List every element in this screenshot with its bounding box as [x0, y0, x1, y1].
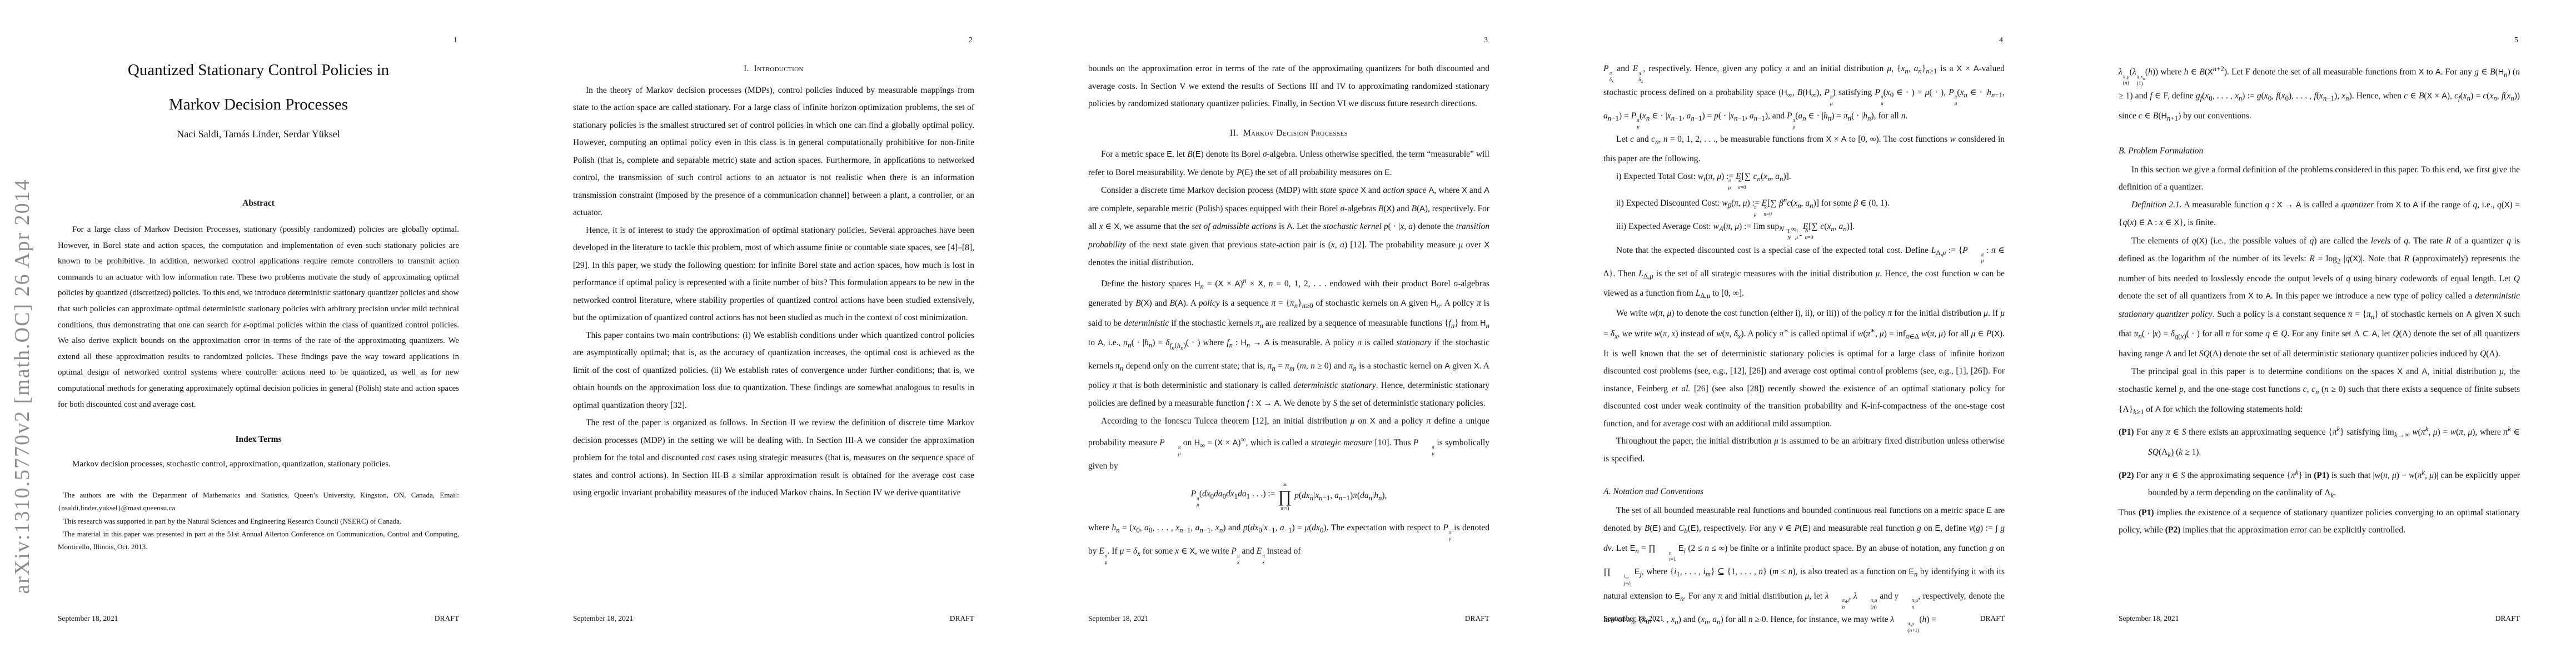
paper-sheet: 1 arXiv:1310.5770v2 [math.OC] 26 Apr 201…: [0, 0, 2576, 667]
page-number: 1: [454, 37, 457, 44]
product-lower-limit: n=0: [1280, 505, 1289, 512]
statement-p1: (P1) For any π ∈ S there exists an appro…: [2119, 420, 2520, 463]
footnote-funding: This research was supported in part by t…: [58, 515, 459, 527]
page-2: 2 I. Introduction In the theory of Marko…: [515, 0, 1030, 667]
paragraph: Define the history spaces Hn = (X × A)n …: [1088, 272, 1489, 413]
paragraph: According to the Ionescu Tulcea theorem …: [1088, 412, 1489, 475]
page-footer: September 18, 2021 DRAFT: [573, 615, 974, 623]
paragraph: Thus (P1) implies the existence of a seq…: [2119, 504, 2520, 539]
list-item-discounted-cost: ii) Expected Discounted Cost: wβ(π, μ) :…: [1603, 191, 2005, 218]
text-column: bounds on the approximation error in ter…: [1088, 60, 1489, 566]
product-operator: ∞ ∏ n=0: [1278, 481, 1292, 512]
page-footer: September 18, 2021 DRAFT: [1603, 615, 2005, 623]
index-terms-heading: Index Terms: [58, 435, 459, 445]
page-number: 5: [2514, 37, 2518, 44]
equation-lhs: Pπμ(dx0da0dx1da1 . . .) :=: [1191, 485, 1275, 509]
footer-draft-label: DRAFT: [1980, 615, 2005, 623]
paragraph: Hence, it is of interest to study the ap…: [573, 222, 974, 327]
page-3: 3 bounds on the approximation error in t…: [1030, 0, 1546, 667]
paragraph: Consider a discrete time Markov decision…: [1088, 182, 1489, 272]
definition-paragraph: Definition 2.1. A measurable function q …: [2119, 196, 2520, 232]
footer-date: September 18, 2021: [2119, 615, 2179, 623]
display-equation-strategic-measure: Pπμ(dx0da0dx1da1 . . .) := ∞ ∏ n=0 p(dxn…: [1088, 475, 1489, 519]
footer-draft-label: DRAFT: [950, 615, 974, 623]
page-number: 4: [1999, 37, 2003, 44]
section-heading-mdp: II. Markov Decision Processes: [1088, 125, 1489, 142]
footnote-conference: The material in this paper was presented…: [58, 527, 459, 554]
statement-p2: (P2) For any π ∈ S the approximating seq…: [2119, 464, 2520, 504]
text-column: λπ,μ(n)(λπ,xn(1)(h)) where h ∈ B(Xn+2). …: [2119, 60, 2520, 539]
paragraph: Pπδx and Eπδx, respectively. Hence, give…: [1603, 60, 2005, 131]
paragraph: bounds on the approximation error in ter…: [1088, 60, 1489, 113]
footer-draft-label: DRAFT: [1465, 615, 1489, 623]
paragraph: λπ,μ(n)(λπ,xn(1)(h)) where h ∈ B(Xn+2). …: [2119, 60, 2520, 127]
footer-date: September 18, 2021: [1088, 615, 1148, 623]
subsection-heading-notation: A. Notation and Conventions: [1603, 483, 2005, 501]
index-terms-text: Markov decision processes, stochastic co…: [58, 457, 459, 471]
paragraph: Note that the expected discounted cost i…: [1603, 242, 2005, 305]
footnotes: The authors are with the Department of M…: [58, 489, 459, 553]
paper-title: Quantized Stationary Control Policies in…: [58, 53, 459, 122]
page-footer: September 18, 2021 DRAFT: [2119, 615, 2520, 623]
paragraph: The rest of the paper is organized as fo…: [573, 414, 974, 502]
page-number: 2: [969, 37, 973, 44]
list-item-total-cost: i) Expected Total Cost: wt(π, μ) := Eπμ[…: [1603, 168, 2005, 191]
paragraph: The elements of q(X) (i.e., the possible…: [2119, 232, 2520, 363]
page-1: 1 arXiv:1310.5770v2 [math.OC] 26 Apr 201…: [0, 0, 515, 667]
paragraph: This paper contains two main contributio…: [573, 327, 974, 415]
text-column: I. Introduction In the theory of Markov …: [573, 60, 974, 502]
section-heading-introduction: I. Introduction: [573, 60, 974, 78]
text-column: Pπδx and Eπδx, respectively. Hence, give…: [1603, 60, 2005, 634]
footer-date: September 18, 2021: [1603, 615, 1663, 623]
paragraph: Let c and cn, n = 0, 1, 2, . . ., be mea…: [1603, 131, 2005, 168]
paragraph: where hn = (x0, a0, . . . , xn−1, an−1, …: [1088, 519, 1489, 566]
page-number: 3: [1484, 37, 1488, 44]
paragraph: In this section we give a formal definit…: [2119, 161, 2520, 196]
abstract-text: For a large class of Markov Decision Pro…: [58, 222, 459, 412]
arxiv-watermark: arXiv:1310.5770v2 [math.OC] 26 Apr 2014: [10, 178, 34, 594]
footer-date: September 18, 2021: [58, 615, 118, 623]
list-item-average-cost: iii) Expected Average Cost: wA(π, μ) := …: [1603, 218, 2005, 242]
paragraph: The principal goal in this paper is to d…: [2119, 363, 2520, 421]
paragraph: We write w(π, μ) to denote the cost func…: [1603, 305, 2005, 433]
subsection-heading-problem-formulation: B. Problem Formulation: [2119, 142, 2520, 160]
footer-date: September 18, 2021: [573, 615, 633, 623]
paragraph: For a metric space E, let B(E) denote it…: [1088, 146, 1489, 182]
authors: Naci Saldi, Tamás Linder, Serdar Yüksel: [58, 128, 459, 141]
product-symbol: ∏: [1278, 489, 1292, 505]
footnote-affiliation: The authors are with the Department of M…: [58, 489, 459, 515]
abstract-heading: Abstract: [58, 198, 459, 208]
page-5: 5 λπ,μ(n)(λπ,xn(1)(h)) where h ∈ B(Xn+2)…: [2061, 0, 2576, 667]
equation-rhs: p(dxn|xn−1, an−1)π(dan|hn),: [1294, 487, 1387, 507]
paragraph: In the theory of Markov decision process…: [573, 82, 974, 222]
page-footer: September 18, 2021 DRAFT: [58, 615, 459, 623]
footer-draft-label: DRAFT: [2495, 615, 2520, 623]
paper-title-line2: Markov Decision Processes: [58, 87, 459, 122]
footer-draft-label: DRAFT: [435, 615, 459, 623]
page-footer: September 18, 2021 DRAFT: [1088, 615, 1489, 623]
page-4: 4 Pπδx and Eπδx, respectively. Hence, gi…: [1546, 0, 2061, 667]
paper-title-line1: Quantized Stationary Control Policies in: [58, 53, 459, 87]
paragraph: Throughout the paper, the initial distri…: [1603, 432, 2005, 467]
